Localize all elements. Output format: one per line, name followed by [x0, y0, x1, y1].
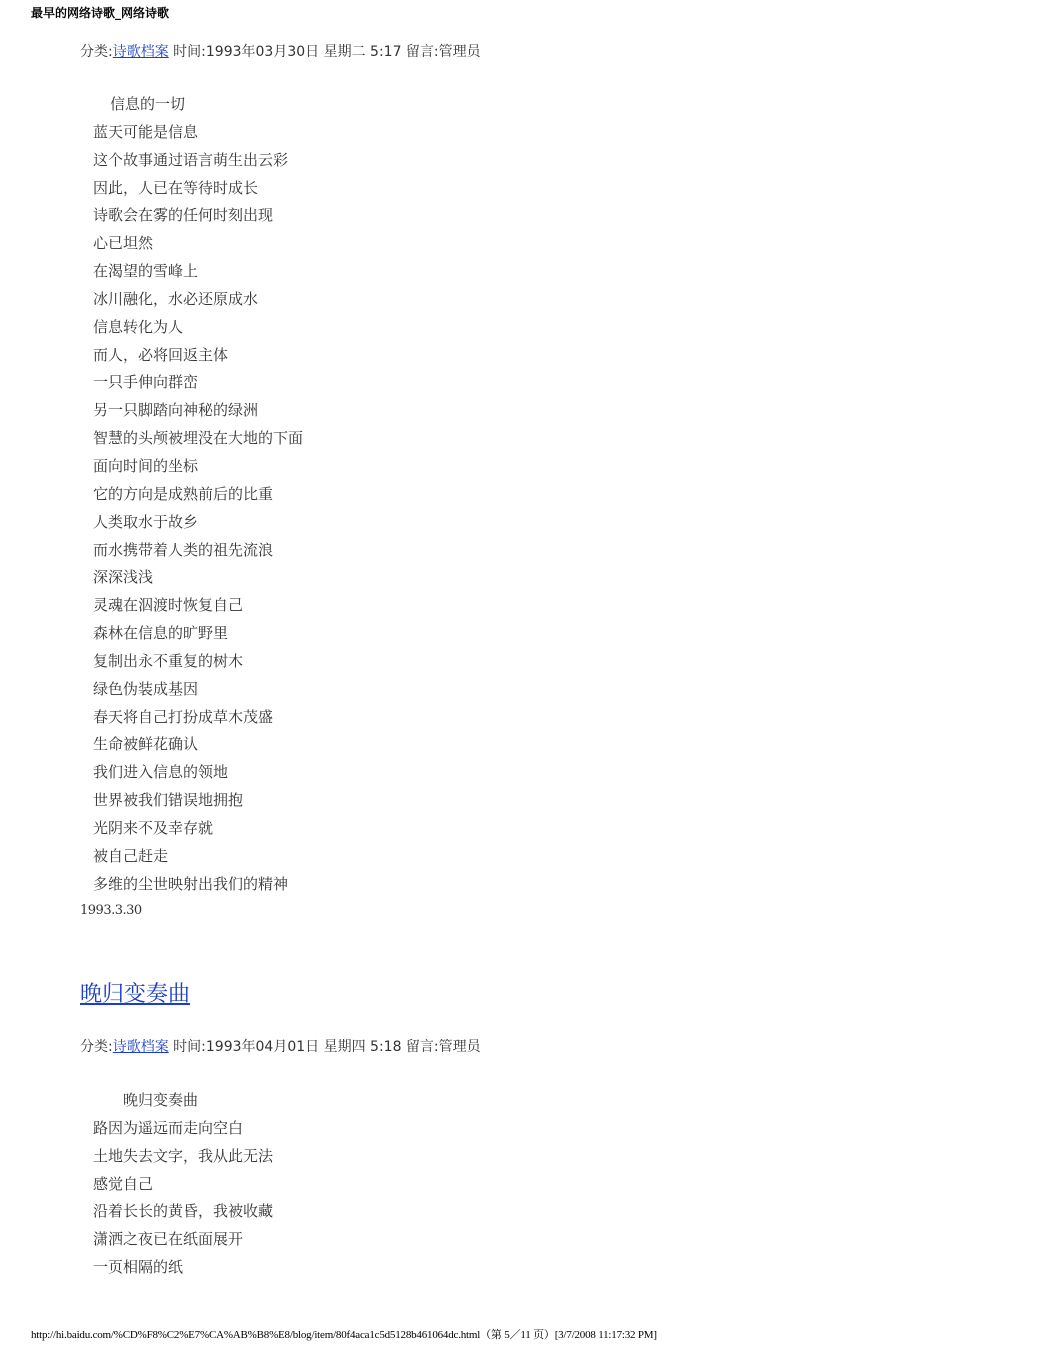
post-time-info: 时间:1993年04月01日 星期四 5:18 留言:管理员: [169, 1039, 481, 1055]
poem-line: 多维的尘世映射出我们的精神: [93, 874, 303, 902]
poem-line: 光阴来不及幸存就: [93, 818, 303, 846]
post-meta: 分类:诗歌档案 时间:1993年04月01日 星期四 5:18 留言:管理员: [80, 1037, 481, 1057]
category-link[interactable]: 诗歌档案: [113, 44, 169, 60]
poem-line: 在渴望的雪峰上: [93, 261, 303, 289]
poem-date: 1993.3.30: [80, 903, 142, 918]
poem-line: 蓝天可能是信息: [93, 122, 303, 150]
category-label: 分类:: [80, 1039, 113, 1055]
poem-line: 森林在信息的旷野里: [93, 623, 303, 651]
category-label: 分类:: [80, 44, 113, 60]
poem-line: 感觉自己: [93, 1174, 273, 1202]
poem-title: 晚归变奏曲: [93, 1090, 273, 1118]
poem-line: 复制出永不重复的树木: [93, 651, 303, 679]
page-footer-url: http://hi.baidu.com/%CD%F8%C2%E7%CA%AB%B…: [31, 1326, 657, 1342]
poem-line: 生命被鲜花确认: [93, 734, 303, 762]
poem-line: 世界被我们错误地拥抱: [93, 790, 303, 818]
poem-line: 人类取水于故乡: [93, 512, 303, 540]
poem-body: 信息的一切 蓝天可能是信息 这个故事通过语言萌生出云彩 因此，人已在等待时成长 …: [93, 94, 303, 901]
poem-body: 晚归变奏曲 路因为遥远而走向空白 土地失去文字，我从此无法 感觉自己 沿着长长的…: [93, 1090, 273, 1285]
poem-line: 土地失去文字，我从此无法: [93, 1146, 273, 1174]
poem-line: 我们进入信息的领地: [93, 762, 303, 790]
poem-line: 沿着长长的黄昏，我被收藏: [93, 1201, 273, 1229]
post-time-info: 时间:1993年03月30日 星期二 5:17 留言:管理员: [169, 44, 481, 60]
poem-line: 潇洒之夜已在纸面展开: [93, 1229, 273, 1257]
poem-line: 冰川融化，水必还原成水: [93, 289, 303, 317]
poem-line: 而人，必将回返主体: [93, 345, 303, 373]
page-header-title: 最早的网络诗歌_网络诗歌: [31, 5, 169, 21]
category-link[interactable]: 诗歌档案: [113, 1039, 169, 1055]
post-title-link[interactable]: 晚归变奏曲: [80, 981, 190, 1009]
poem-line: 一只手伸向群峦: [93, 372, 303, 400]
poem-line: 面向时间的坐标: [93, 456, 303, 484]
poem-line: 绿色伪装成基因: [93, 679, 303, 707]
poem-line: 被自己赶走: [93, 846, 303, 874]
poem-line: 路因为遥远而走向空白: [93, 1118, 273, 1146]
poem-line: 春天将自己打扮成草木茂盛: [93, 707, 303, 735]
poem-line: 另一只脚踏向神秘的绿洲: [93, 400, 303, 428]
post-meta: 分类:诗歌档案 时间:1993年03月30日 星期二 5:17 留言:管理员: [80, 42, 481, 62]
poem-line: 心已坦然: [93, 233, 303, 261]
poem-line: 而水携带着人类的祖先流浪: [93, 540, 303, 568]
poem-line: 因此，人已在等待时成长: [93, 178, 303, 206]
poem-line: 深深浅浅: [93, 567, 303, 595]
poem-line: 信息转化为人: [93, 317, 303, 345]
poem-line: 诗歌会在雾的任何时刻出现: [93, 205, 303, 233]
poem-line: 智慧的头颅被埋没在大地的下面: [93, 428, 303, 456]
poem-line: 灵魂在泅渡时恢复自己: [93, 595, 303, 623]
poem-line: 一页相隔的纸: [93, 1257, 273, 1285]
poem-line: 它的方向是成熟前后的比重: [93, 484, 303, 512]
poem-line: 这个故事通过语言萌生出云彩: [93, 150, 303, 178]
poem-title: 信息的一切: [93, 94, 303, 122]
